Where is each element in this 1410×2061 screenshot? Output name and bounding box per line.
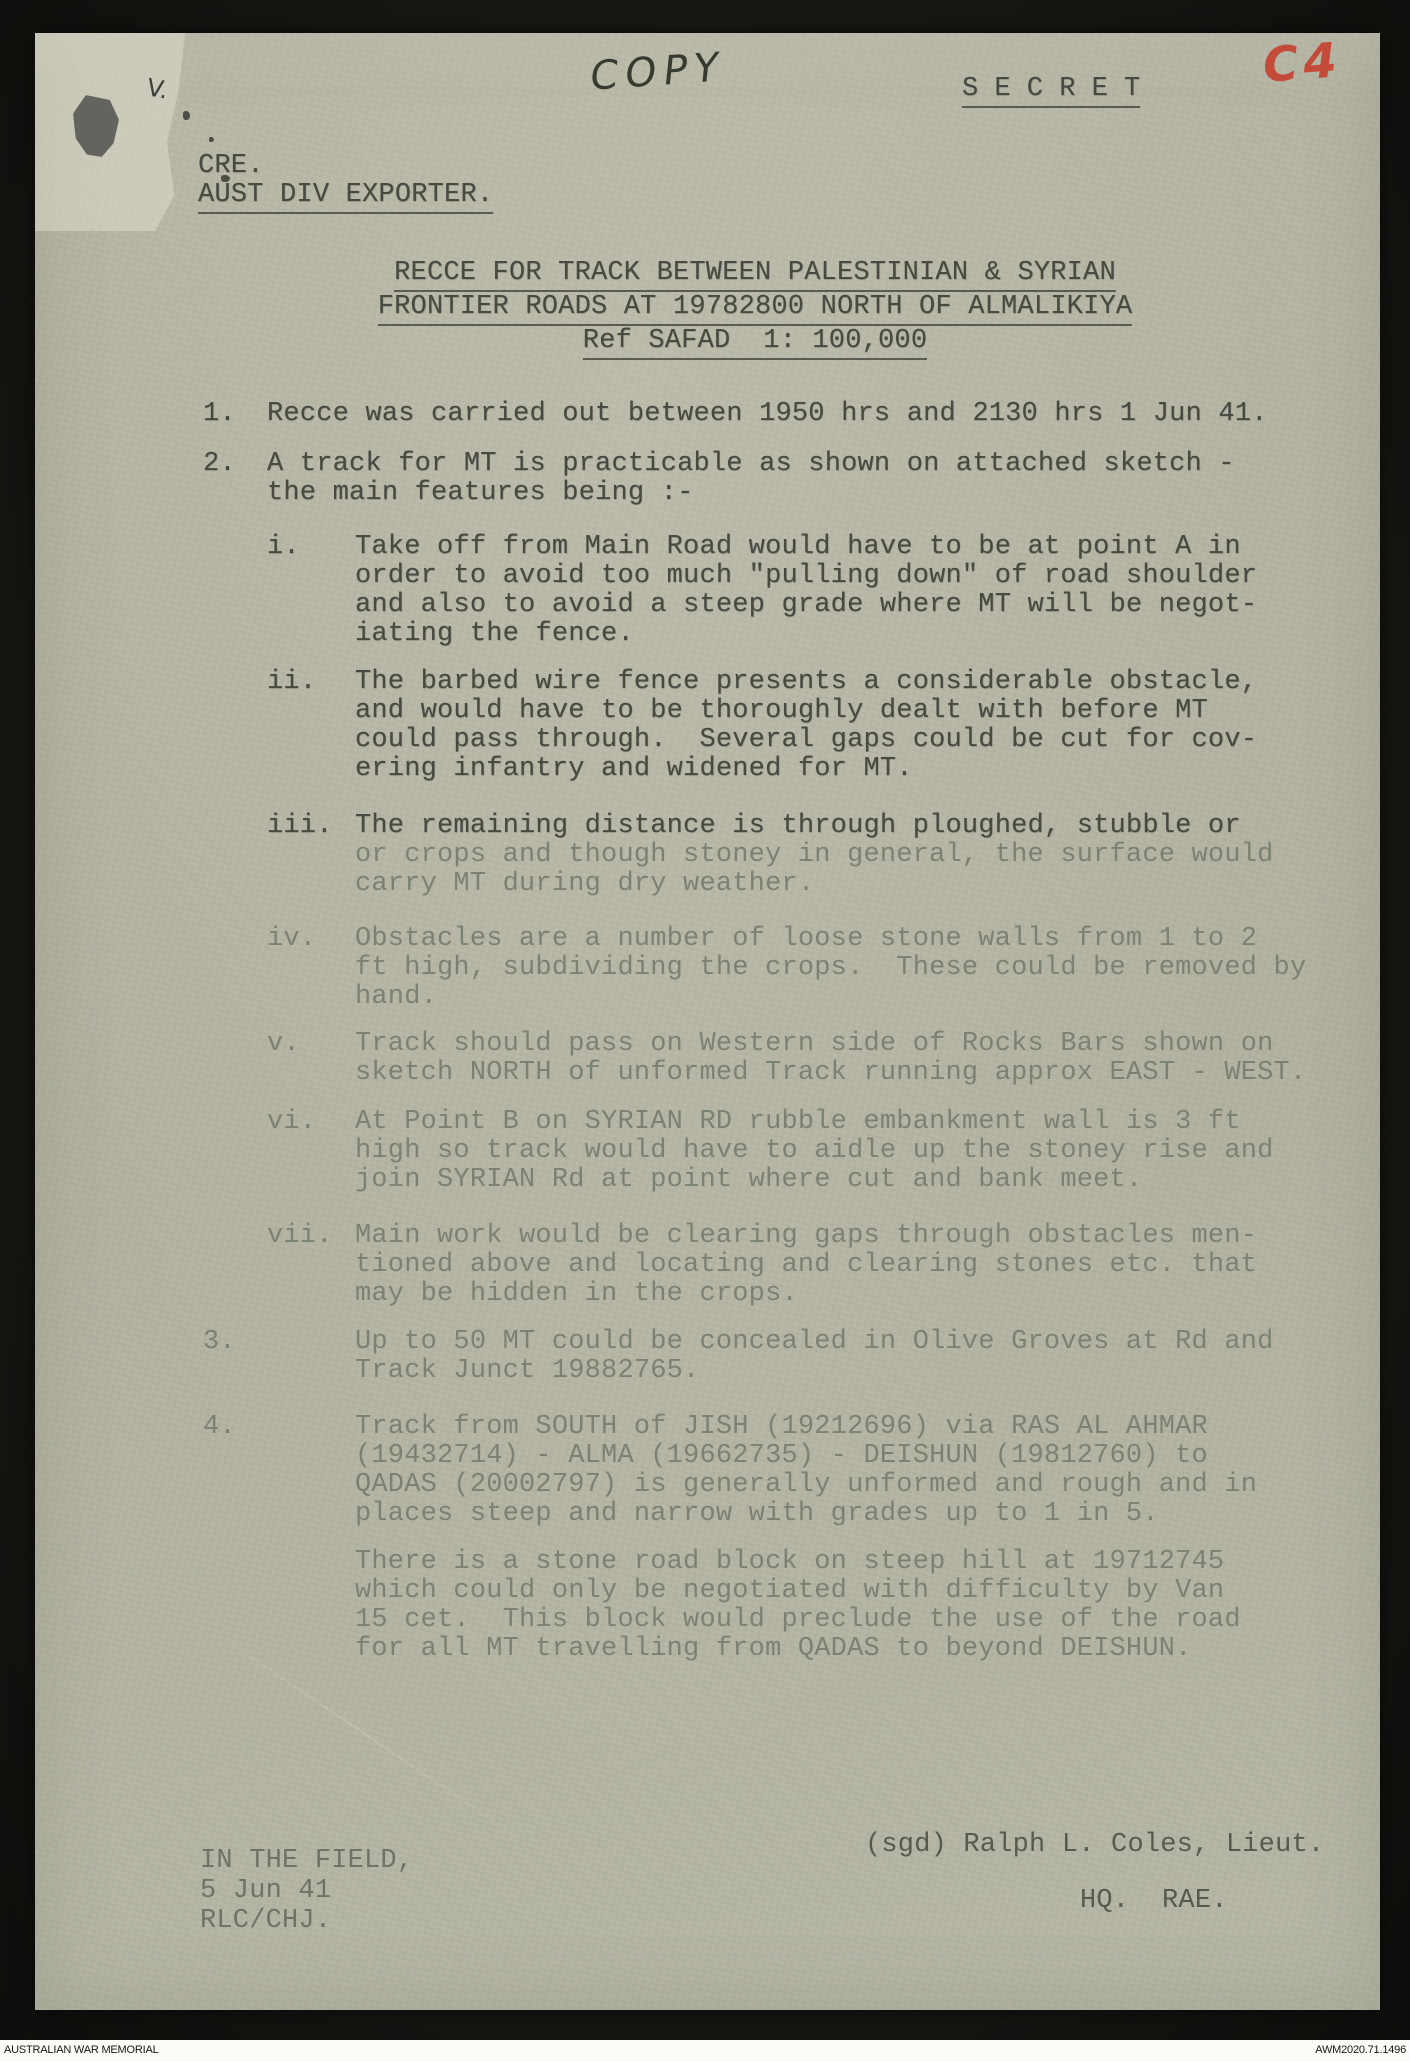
title-line2: FRONTIER ROADS AT 19782800 NORTH OF ALMA… [378, 293, 1133, 326]
paragraph-text: Recce was carried out between 1950 hrs a… [267, 400, 1388, 429]
signature-line: (sgd) Ralph L. Coles, Lieut. [865, 1830, 1324, 1860]
subitem-number: vi. [267, 1108, 316, 1137]
paragraph-number: 1. [203, 400, 236, 429]
subitem-vii: vii. Main work would be clearing gaps th… [203, 1222, 1388, 1309]
secret-text: S E C R E T [962, 74, 1140, 108]
addressee-line2: AUST DIV EXPORTER. [198, 181, 493, 214]
addressee-line1: CRE. [198, 152, 493, 181]
subitem-number: vii. [267, 1222, 333, 1251]
title-line1: RECCE FOR TRACK BETWEEN PALESTINIAN & SY… [394, 259, 1116, 292]
dateline-reference: RLC/CHJ. [200, 1906, 413, 1936]
addressee-block: CRE. AUST DIV EXPORTER. [198, 152, 493, 214]
document-page: COPY S E C R E T C4 V. CRE. AUST DIV EXP… [35, 33, 1380, 2010]
subitem-text: At Point B on SYRIAN RD rubble embankmen… [355, 1108, 1388, 1195]
subitem-number: iii. [267, 812, 333, 841]
subitem-iv: iv. Obstacles are a number of loose ston… [203, 925, 1388, 1012]
subitem-number: iv. [267, 925, 316, 954]
ink-speck [183, 111, 190, 120]
paragraph-number: 3. [203, 1328, 236, 1357]
subitem-number: v. [267, 1030, 300, 1059]
subitem-text-faint: or crops and though stoney in general, t… [355, 841, 1388, 899]
photo-background: COPY S E C R E T C4 V. CRE. AUST DIV EXP… [0, 0, 1410, 2061]
archive-caption-bar: AUSTRALIAN WAR MEMORIAL AWM2020.71.1496 [0, 2040, 1410, 2061]
subitem-i: i. Take off from Main Road would have to… [203, 533, 1388, 649]
paragraph-1: 1. Recce was carried out between 1950 hr… [203, 400, 1388, 429]
subitem-number: i. [267, 533, 300, 562]
signature-unit: HQ. RAE. [1080, 1886, 1228, 1916]
paragraph-2: 2. A track for MT is practicable as show… [203, 450, 1388, 508]
paragraph-text: Track from SOUTH of JISH (19212696) via … [355, 1413, 1388, 1529]
paragraph-text: Up to 50 MT could be concealed in Olive … [355, 1328, 1388, 1386]
ink-speck [209, 137, 214, 142]
paragraph-number: 4. [203, 1413, 236, 1442]
subitem-text: The barbed wire fence presents a conside… [355, 668, 1388, 784]
paragraph-text: There is a stone road block on steep hil… [355, 1548, 1388, 1664]
copy-handwritten-stamp: COPY [588, 44, 728, 100]
subitem-text: Main work would be clearing gaps through… [355, 1222, 1388, 1309]
dateline-block: IN THE FIELD, 5 Jun 41 RLC/CHJ. [200, 1846, 413, 1936]
red-file-mark: C4 [1261, 32, 1343, 93]
subitem-v: v. Track should pass on Western side of … [203, 1030, 1388, 1088]
dateline-date: 5 Jun 41 [200, 1876, 413, 1906]
subitem-text: Track should pass on Western side of Roc… [355, 1030, 1388, 1088]
paragraph-4-continued: There is a stone road block on steep hil… [203, 1548, 1388, 1664]
document-title: RECCE FOR TRACK BETWEEN PALESTINIAN & SY… [335, 259, 1175, 361]
subitem-iii: iii. The remaining distance is through p… [203, 812, 1388, 899]
dateline-place: IN THE FIELD, [200, 1846, 413, 1876]
archive-name: AUSTRALIAN WAR MEMORIAL [4, 2044, 159, 2056]
subitem-number: ii. [267, 668, 316, 697]
subitem-text: Obstacles are a number of loose stone wa… [355, 925, 1388, 1012]
signed-by: (sgd) Ralph L. Coles, Lieut. [865, 1830, 1324, 1860]
title-line3: Ref SAFAD 1: 100,000 [583, 327, 927, 360]
subitem-vi: vi. At Point B on SYRIAN RD rubble emban… [203, 1108, 1388, 1195]
paragraph-number: 2. [203, 450, 236, 479]
paragraph-text: A track for MT is practicable as shown o… [267, 450, 1388, 508]
archive-item-id: AWM2020.71.1496 [1315, 2044, 1406, 2056]
paragraph-4: 4. Track from SOUTH of JISH (19212696) v… [203, 1413, 1388, 1529]
secret-classification-stamp: S E C R E T [962, 74, 1140, 108]
subitem-ii: ii. The barbed wire fence presents a con… [203, 668, 1388, 784]
subitem-text-dark: The remaining distance is through plough… [355, 812, 1388, 841]
paragraph-3: 3. Up to 50 MT could be concealed in Oli… [203, 1328, 1388, 1386]
subitem-text: Take off from Main Road would have to be… [355, 533, 1388, 649]
